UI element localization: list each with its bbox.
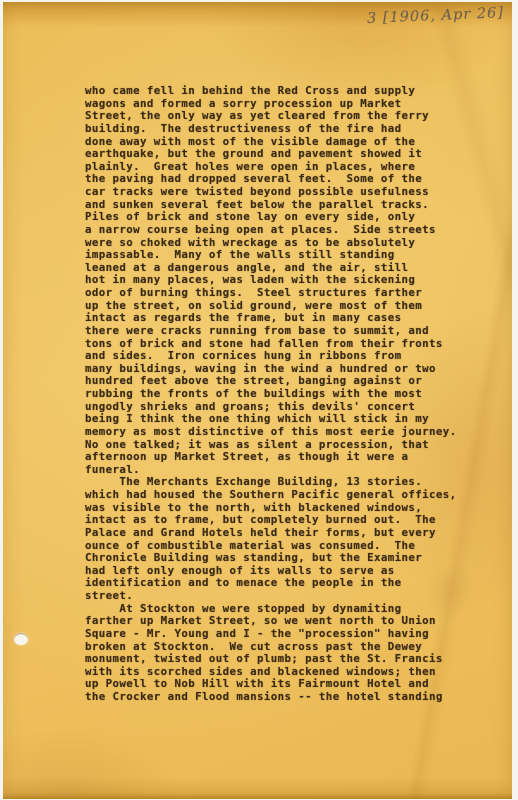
typed-line: rubbing the fronts of the buildings with… xyxy=(85,388,467,401)
paper-sheet: 3 [1906, Apr 26] who came fell in behind… xyxy=(3,2,512,799)
typed-line: a narrow course being open at places. Si… xyxy=(85,224,467,237)
typed-line: intact as regards the frame, but in many… xyxy=(85,312,467,325)
typed-line: Palace and Grand Hotels held their forms… xyxy=(85,527,467,540)
typed-line: being I think the one thing which will s… xyxy=(85,413,467,426)
typed-line: car tracks were twisted beyond possible … xyxy=(85,186,467,199)
typed-line: there were cracks running from base to s… xyxy=(85,325,467,338)
typed-line: which had housed the Southern Pacific ge… xyxy=(85,489,467,502)
typed-line: and sides. Iron cornices hung in ribbons… xyxy=(85,350,467,363)
typed-line: memory as most distinctive of this most … xyxy=(85,426,467,439)
typed-line: Square - Mr. Young and I - the "processi… xyxy=(85,628,467,641)
typed-line: identification and to menace the people … xyxy=(85,577,467,590)
typed-line: earthquake, but the ground and pavement … xyxy=(85,148,467,161)
typed-line: who came fell in behind the Red Cross an… xyxy=(85,85,467,98)
typed-line: Street, the only way as yet cleared from… xyxy=(85,110,467,123)
typed-line: afternoon up Market Street, as though it… xyxy=(85,451,467,464)
typed-line: monument, twisted out of plumb; past the… xyxy=(85,653,467,666)
handwritten-date-annotation: 3 [1906, Apr 26] xyxy=(367,5,505,27)
typed-text-block: who came fell in behind the Red Cross an… xyxy=(85,85,467,704)
typed-line: street. xyxy=(85,590,467,603)
typed-line: farther up Market Street, so we went nor… xyxy=(85,615,467,628)
typed-line: building. The destructiveness of the fir… xyxy=(85,123,467,136)
typed-line: intact as to frame, but completely burne… xyxy=(85,514,467,527)
typed-line: the Crocker and Flood mansions -- the ho… xyxy=(85,691,467,704)
scanned-page: 3 [1906, Apr 26] who came fell in behind… xyxy=(0,0,518,800)
typed-line: impassable. Many of the walls still stan… xyxy=(85,249,467,262)
typed-line: odor of burning things. Steel structures… xyxy=(85,287,467,300)
punch-hole xyxy=(14,633,28,645)
typed-line: Piles of brick and stone lay on every si… xyxy=(85,211,467,224)
typed-line: Chronicle Building was standing, but the… xyxy=(85,552,467,565)
